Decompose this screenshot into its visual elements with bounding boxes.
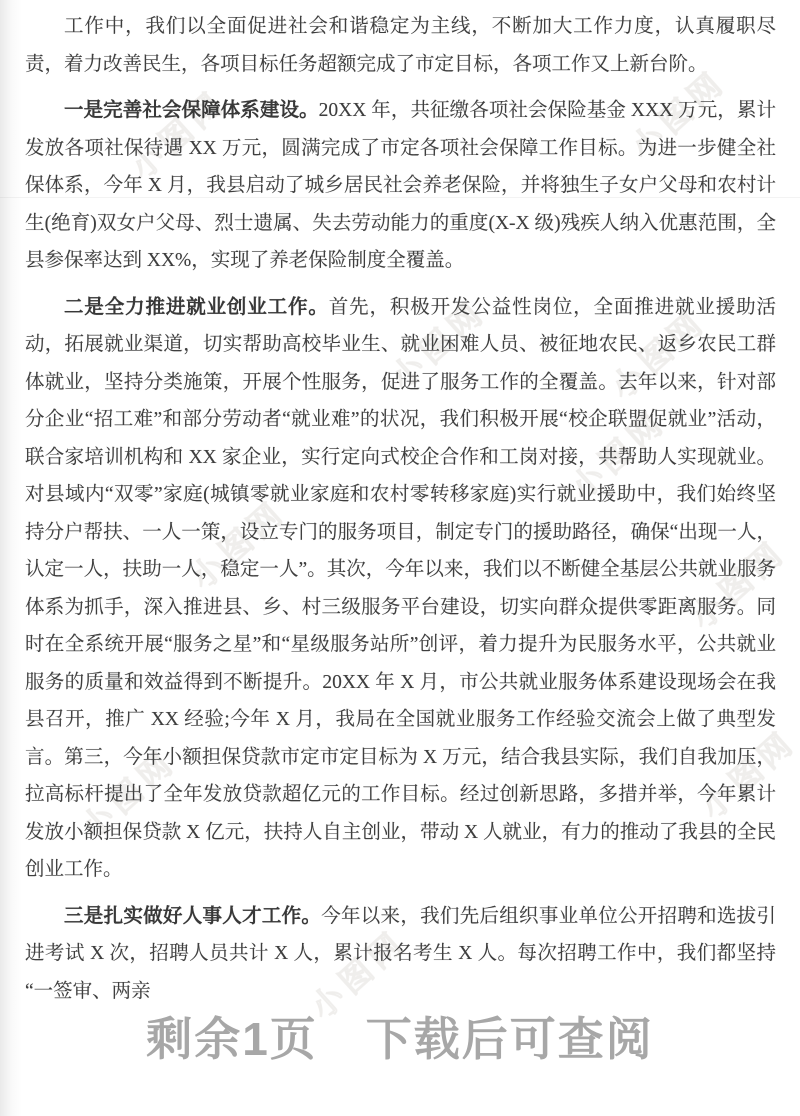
paragraph-text: 工作中，我们以全面促进社会和谐稳定为主线，不断加大工作力度，认真履职尽责，着力改… — [25, 16, 776, 75]
paragraph: 二是全力推进就业创业工作。首先，积极开发公益性岗位，全面推进就业援助活动，拓展就… — [25, 289, 776, 889]
paragraph-lead: 三是扎实做好人事人才工作。 — [64, 906, 321, 927]
paragraph-text: 首先，积极开发公益性岗位，全面推进就业援助活动，拓展就业渠道，切实帮助高校毕业生… — [25, 297, 776, 881]
paragraph: 工作中，我们以全面促进社会和谐稳定为主线，不断加大工作力度，认真履职尽责，着力改… — [25, 8, 776, 83]
document-page: 小图网小图网小图网小图网小图网小图网小图网小图网小图网小图网 工作中，我们以全面… — [0, 0, 800, 1116]
paragraph-text: 20XX 年，共征缴各项社会保险基金 XXX 万元，累计发放各项社保待遇 XX … — [25, 100, 776, 271]
paragraph: 三是扎实做好人事人才工作。今年以来，我们先后组织事业单位公开招聘和选拔引进考试 … — [25, 898, 776, 1011]
paragraph-lead: 二是全力推进就业创业工作。 — [64, 297, 329, 318]
document-body: 工作中，我们以全面促进社会和谐稳定为主线，不断加大工作力度，认真履职尽责，着力改… — [0, 0, 800, 1010]
paragraph-lead: 一是完善社会保障体系建设。 — [64, 100, 319, 121]
download-hint-text: 下载后可查阅 — [366, 1003, 654, 1069]
pages-remaining-text: 剩余1页 — [146, 1003, 318, 1069]
paragraph: 一是完善社会保障体系建设。20XX 年，共征缴各项社会保险基金 XXX 万元，累… — [25, 92, 776, 280]
preview-footer-banner: 剩余1页 下载后可查阅 — [0, 1002, 800, 1070]
